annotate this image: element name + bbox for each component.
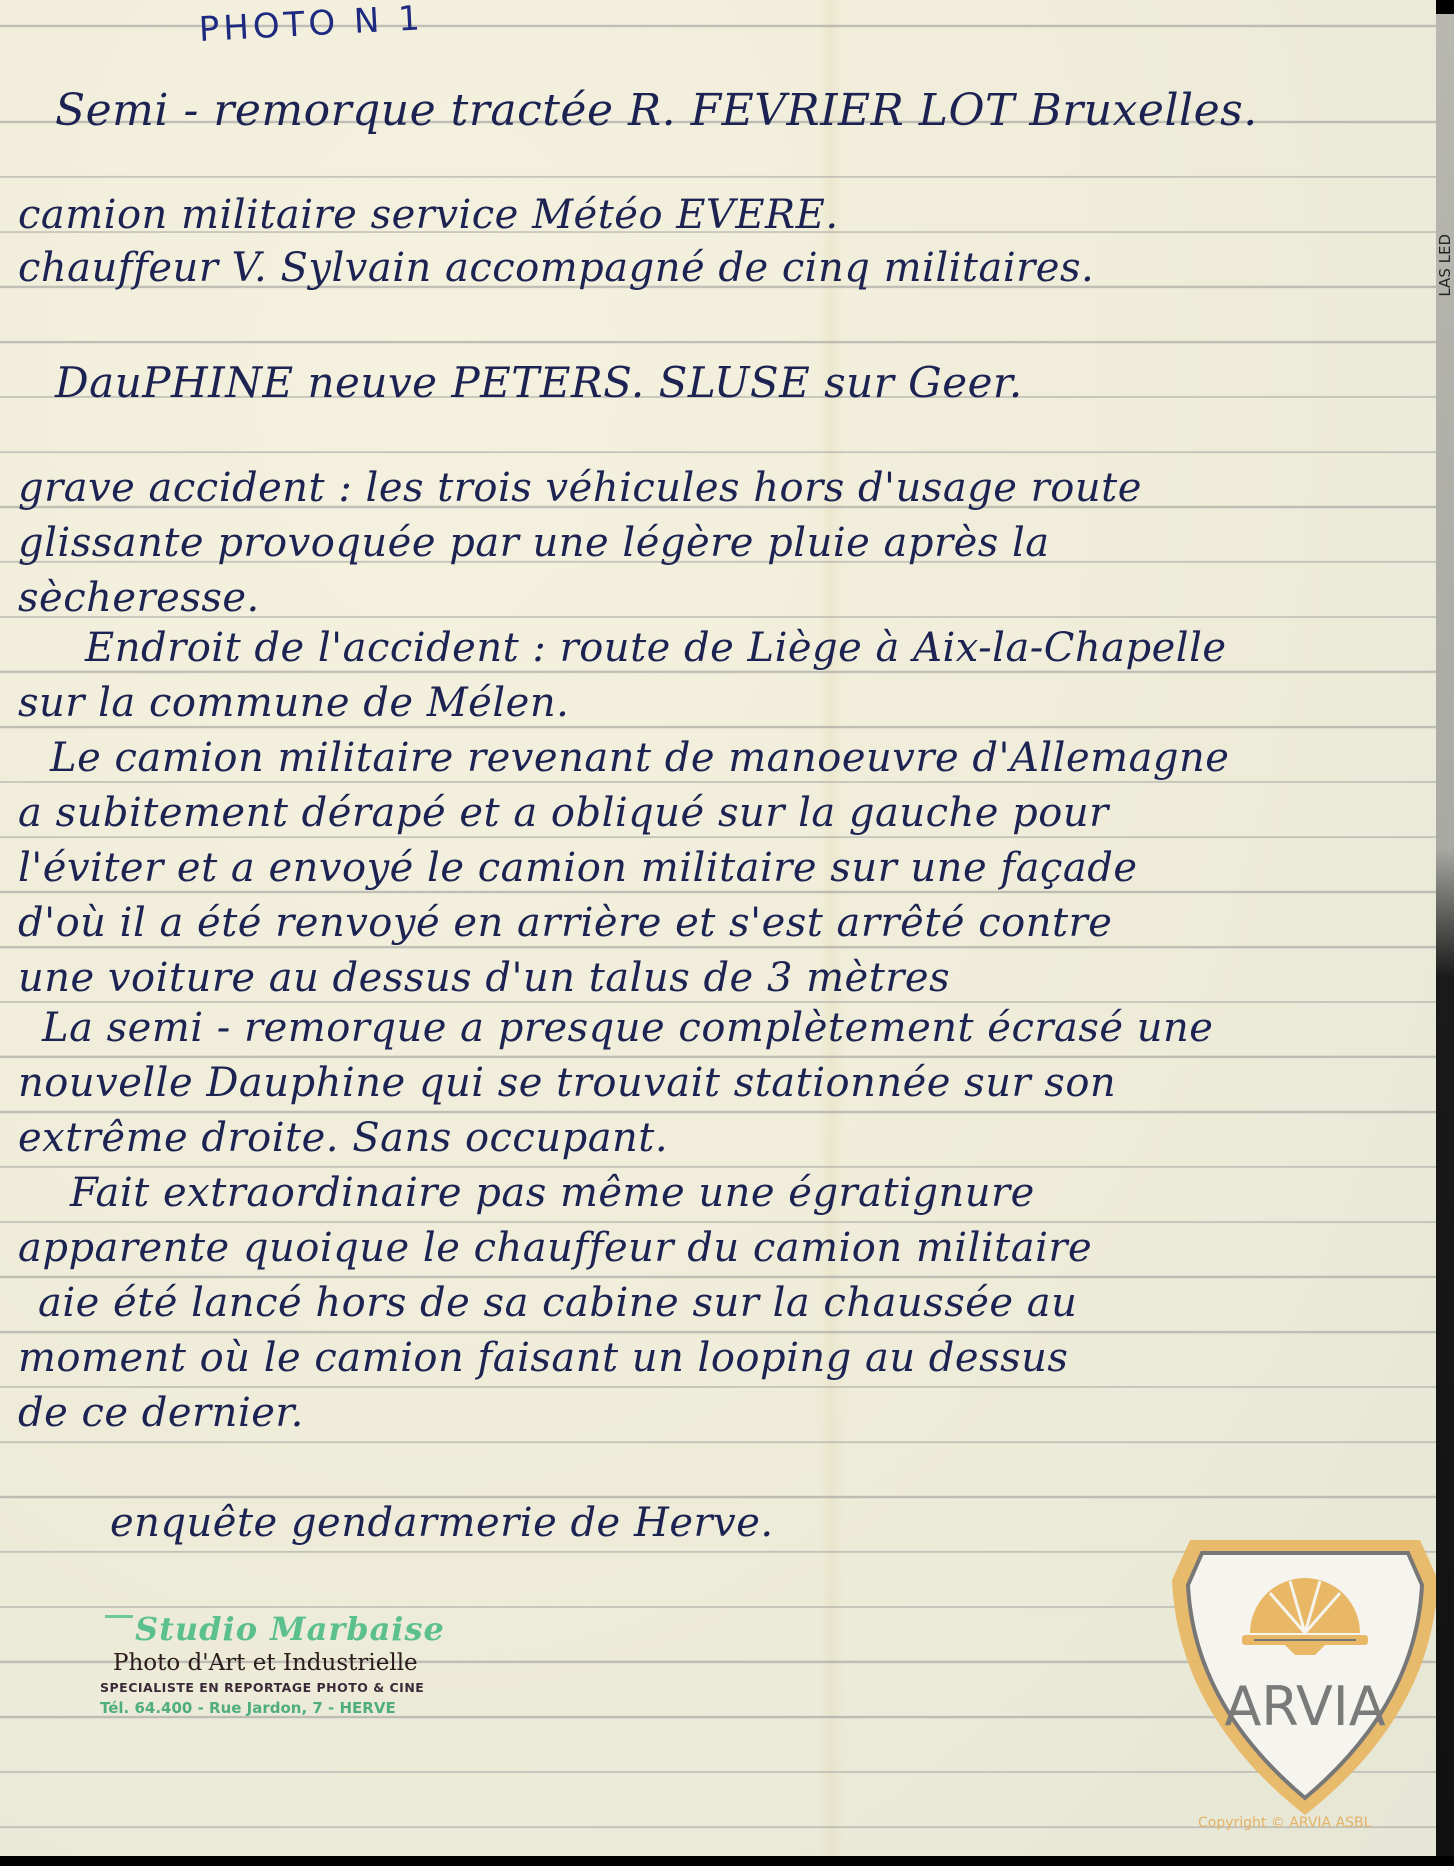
text-line: une voiture au dessus d'un talus de 3 mè… xyxy=(18,955,950,1001)
text-line: grave accident : les trois véhicules hor… xyxy=(18,465,1142,511)
text-line: glissante provoquée par une légère pluie… xyxy=(18,520,1050,566)
text-line: a subitement dérapé et a obliqué sur la … xyxy=(18,790,1109,836)
studio-stamp: Studio Marbaise Photo d'Art et Industrie… xyxy=(95,1610,515,1717)
scan-edge-right: LAS LED xyxy=(1436,14,1454,1866)
text-line: nouvelle Dauphine qui se trouvait statio… xyxy=(18,1060,1116,1106)
text-line: moment où le camion faisant un looping a… xyxy=(18,1335,1068,1381)
letter-page: PHOTO N 1 Semi - remorque tractée R. FEV… xyxy=(0,0,1448,1856)
text-line: chauffeur V. Sylvain accompagné de cinq … xyxy=(18,245,1094,291)
text-line: l'éviter et a envoyé le camion militaire… xyxy=(18,845,1138,891)
text-line: d'où il a été renvoyé en arrière et s'es… xyxy=(18,900,1112,946)
text-line: apparente quoique le chauffeur du camion… xyxy=(18,1225,1092,1271)
text-line: DauPHINE neuve PETERS. SLUSE sur Geer. xyxy=(55,358,1023,407)
text-line: extrême droite. Sans occupant. xyxy=(18,1115,668,1161)
text-line: aie été lancé hors de sa cabine sur la c… xyxy=(38,1280,1077,1326)
text-line: La semi - remorque a presque complètemen… xyxy=(42,1005,1213,1051)
stamp-subtitle: Photo d'Art et Industrielle xyxy=(113,1650,515,1676)
stamp-studio-name: Studio Marbaise xyxy=(135,1610,515,1648)
stamp-specialty: SPECIALISTE EN REPORTAGE PHOTO & CINE xyxy=(100,1680,515,1695)
arvia-shield-logo: ARVIA xyxy=(1170,1515,1440,1815)
text-line: Le camion militaire revenant de manoeuvr… xyxy=(50,735,1229,781)
text-line: sècheresse. xyxy=(18,575,260,621)
copyright-notice: Copyright © ARVIA ASBL xyxy=(1198,1815,1371,1831)
text-line: sur la commune de Mélen. xyxy=(18,680,569,726)
edge-label: LAS LED xyxy=(1436,234,1454,297)
text-line: de ce dernier. xyxy=(18,1390,304,1436)
text-line: Fait extraordinaire pas même une égratig… xyxy=(70,1170,1035,1216)
text-line: Semi - remorque tractée R. FEVRIER LOT B… xyxy=(55,85,1258,136)
photo-heading: PHOTO N 1 xyxy=(198,0,425,50)
text-line: enquête gendarmerie de Herve. xyxy=(110,1500,774,1546)
scan-edge-top xyxy=(1436,0,1454,14)
text-line: camion militaire service Météo EVERE. xyxy=(18,192,839,238)
stamp-address: Tél. 64.400 - Rue Jardon, 7 - HERVE xyxy=(100,1699,515,1717)
scan-edge-bottom xyxy=(0,1856,1454,1866)
logo-text: ARVIA xyxy=(1224,1675,1385,1738)
text-line: Endroit de l'accident : route de Liège à… xyxy=(85,625,1227,671)
stamp-dash xyxy=(105,1615,133,1618)
